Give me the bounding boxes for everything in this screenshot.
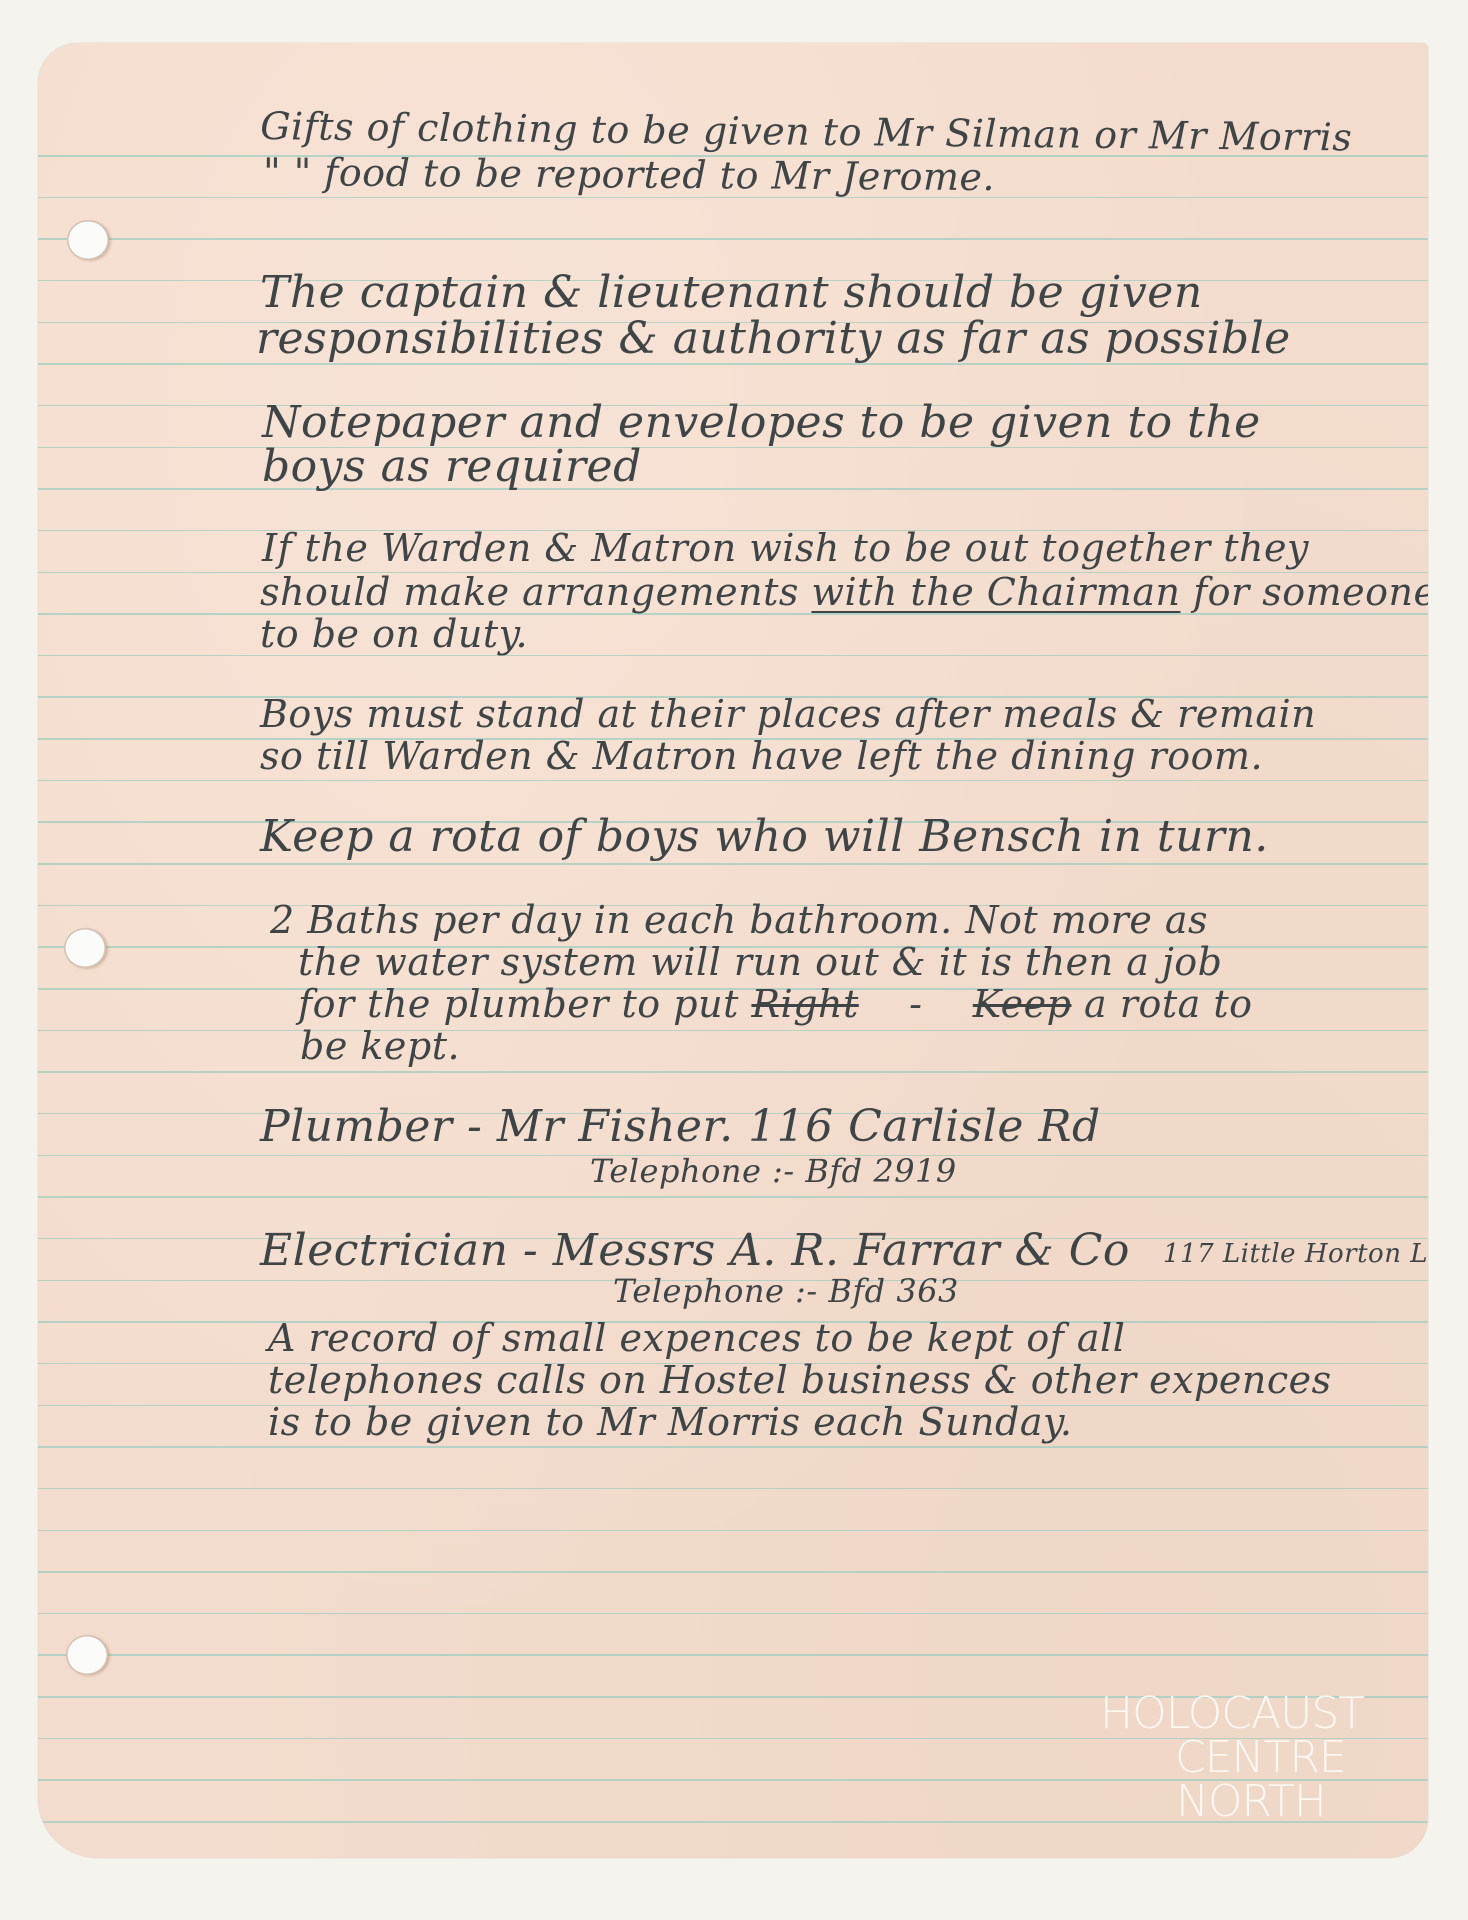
handwritten-line: The captain & lieutenant should be given <box>260 271 1203 315</box>
underlined-text: with the Chairman <box>811 570 1180 614</box>
ruled-line <box>38 655 1428 657</box>
handwritten-line: If the Warden & Matron wish to be out to… <box>262 529 1309 567</box>
handwritten-line: A record of small expences to be kept of… <box>268 1319 1125 1357</box>
logo-line: NORTH <box>1176 1780 1364 1824</box>
ruled-line <box>38 1446 1428 1448</box>
handwritten-line: Notepaper and envelopes to be given to t… <box>262 401 1261 445</box>
handwritten-text: should make arrangements <box>260 570 799 614</box>
handwritten-line: Keep a rota of boys who will Bensch in t… <box>260 815 1269 859</box>
ruled-line <box>38 1571 1428 1573</box>
ruled-line <box>38 1071 1428 1073</box>
handwritten-line: is to be given to Mr Morris each Sunday. <box>268 1403 1073 1441</box>
handwritten-text: for the plumber to put <box>298 982 739 1026</box>
ruled-line <box>38 1488 1428 1490</box>
punch-hole-icon <box>64 928 106 968</box>
handwritten-line: the water system will run out & it is th… <box>298 943 1222 981</box>
handwritten-line: Telephone :- Bfd 363 <box>613 1275 959 1307</box>
ruled-line <box>38 238 1428 240</box>
handwritten-line: 2 Baths per day in each bathroom. Not mo… <box>270 901 1208 939</box>
logo-line: HOLOCAUST <box>1100 1692 1364 1736</box>
holocaust-centre-north-logo: HOLOCAUST CENTRE NORTH <box>1100 1692 1364 1824</box>
punch-hole-icon <box>67 220 109 260</box>
handwritten-line: boys as required <box>262 445 642 489</box>
handwritten-line: responsibilities & authority as far as p… <box>256 317 1291 361</box>
handwritten-line: should make arrangements with the Chairm… <box>260 573 1428 611</box>
handwritten-line: " " food to be reported to Mr Jerome. <box>263 153 995 196</box>
ruled-line <box>38 1613 1428 1615</box>
handwritten-line: telephones calls on Hostel business & ot… <box>268 1361 1332 1399</box>
struck-text: Keep <box>973 982 1072 1026</box>
handwritten-text: a rota to <box>1084 982 1252 1026</box>
punch-hole-icon <box>66 1635 108 1675</box>
handwritten-line: for the plumber to put Right - Keep a ro… <box>298 985 1252 1023</box>
ruled-line <box>38 1196 1428 1198</box>
struck-text: Right <box>751 982 858 1026</box>
handwritten-line: Telephone :- Bfd 2919 <box>590 1155 957 1187</box>
handwritten-text: for someone <box>1193 570 1428 614</box>
handwritten-line: 117 Little Horton Lane <box>1163 1241 1428 1267</box>
handwritten-line: so till Warden & Matron have left the di… <box>260 737 1263 775</box>
ruled-line <box>38 780 1428 782</box>
notepaper-sheet: Gifts of clothing to be given to Mr Silm… <box>38 43 1428 1858</box>
ruled-line <box>38 488 1428 490</box>
handwritten-text: - <box>909 982 922 1026</box>
ruled-line <box>38 1030 1428 1032</box>
handwritten-line: be kept. <box>300 1027 460 1065</box>
handwritten-line: to be on duty. <box>260 615 528 653</box>
handwritten-line: Electrician - Messrs A. R. Farrar & Co <box>260 1229 1130 1273</box>
logo-line: CENTRE <box>1175 1736 1364 1780</box>
handwritten-line: Gifts of clothing to be given to Mr Silm… <box>260 107 1352 156</box>
ruled-line <box>38 1654 1428 1656</box>
handwritten-line: Boys must stand at their places after me… <box>260 695 1316 733</box>
ruled-line <box>38 1530 1428 1532</box>
ruled-line <box>38 863 1428 865</box>
handwritten-line: Plumber - Mr Fisher. 116 Carlisle Rd <box>260 1105 1101 1149</box>
